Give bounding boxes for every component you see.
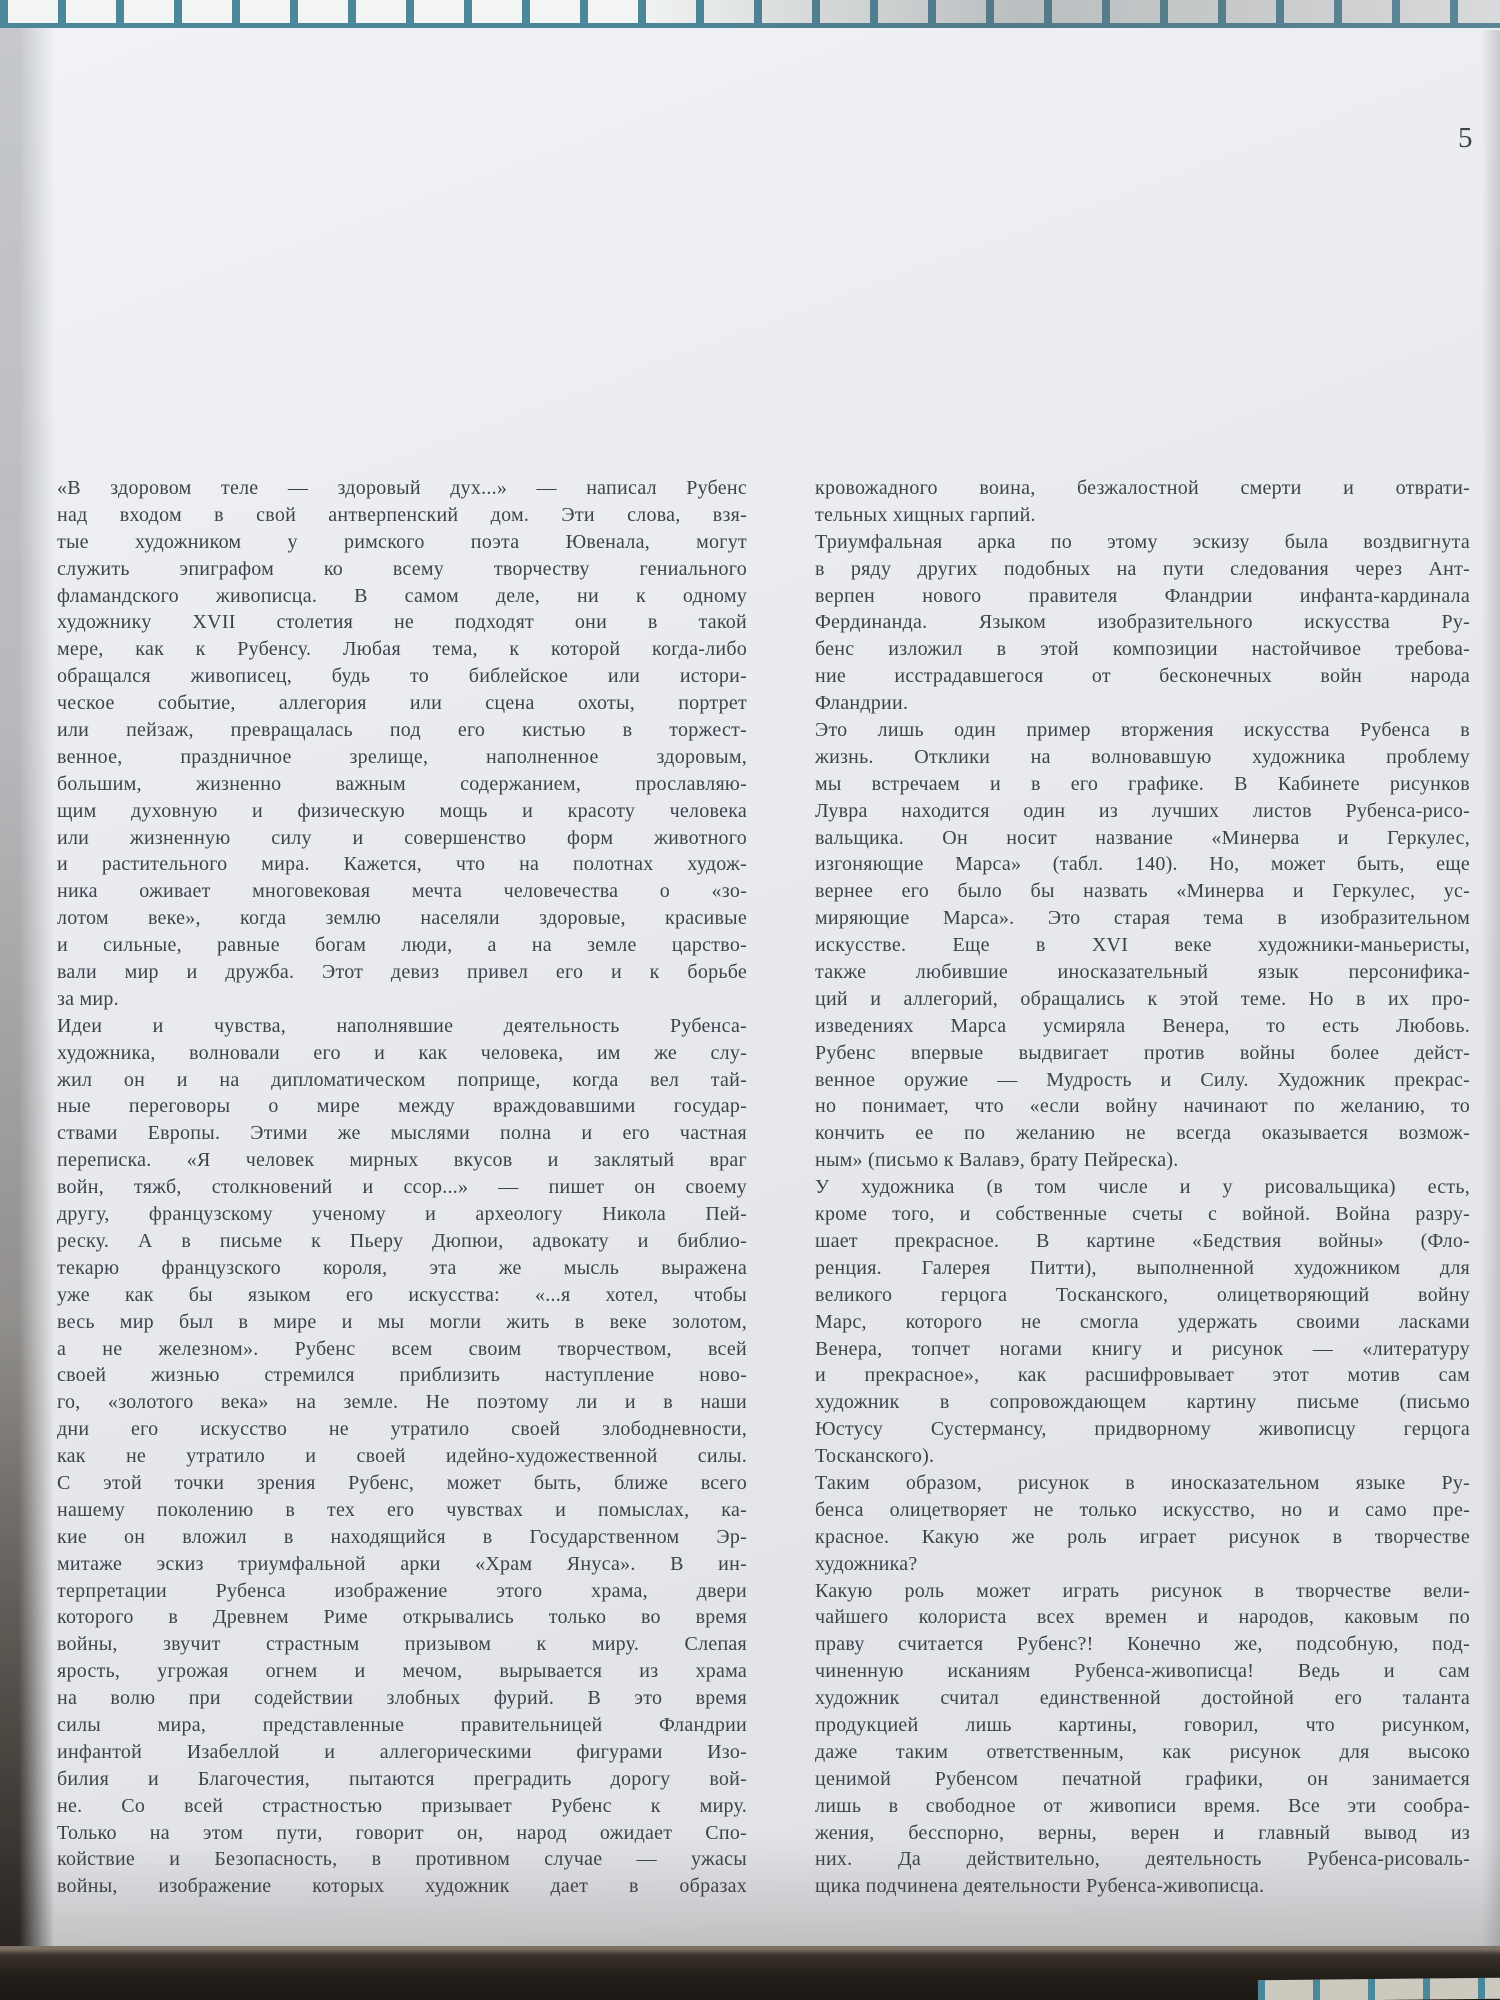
text-line: лишь в свободное от живописи время. Все …	[815, 1793, 1470, 1820]
text-line: переписка. «Я человек мирных вкусов и за…	[57, 1147, 747, 1174]
text-line: художник считал единственной достойной е…	[815, 1685, 1470, 1712]
text-line: над входом в свой антверпенский дом. Эти…	[57, 502, 747, 529]
text-line: служить эпиграфом ко всему творчеству ге…	[57, 556, 747, 583]
text-line: Фердинанда. Языком изобразительного иску…	[815, 609, 1470, 636]
text-line: кроме того, и собственные счеты с войной…	[815, 1201, 1470, 1228]
text-line: кие он вложил в находящийся в Государств…	[57, 1524, 747, 1551]
text-line: Рубенс впервые выдвигает против войны бо…	[815, 1040, 1470, 1067]
text-line: Венера, топчет ногами книгу и рисунок — …	[815, 1336, 1470, 1363]
text-line: У художника (в том числе и у рисовальщик…	[815, 1174, 1470, 1201]
text-line: лотом веке», когда землю населяли здоров…	[57, 905, 747, 932]
text-line: тельных хищных гарпий.	[815, 502, 1470, 529]
text-line: жил он и на дипломатическом поприще, ког…	[57, 1067, 747, 1094]
text-line: изгоняющие Марса» (табл. 140). Но, может…	[815, 851, 1470, 878]
text-line: терпретации Рубенса изображение этого хр…	[57, 1578, 747, 1605]
text-line: или пейзаж, превращалась под его кистью …	[57, 717, 747, 744]
text-line: вальщика. Он носит название «Минерва и Г…	[815, 825, 1470, 852]
text-line: и растительного мира. Кажется, что на по…	[57, 851, 747, 878]
text-line: митаже эскиз триумфальной арки «Храм Яну…	[57, 1551, 747, 1578]
text-line: другу, французскому ученому и археологу …	[57, 1201, 747, 1228]
text-line: реску. А в письме к Пьеру Дюпюи, адвокат…	[57, 1228, 747, 1255]
text-line: билия и Благочестия, пытаются преградить…	[57, 1766, 747, 1793]
text-line: и прекрасное», как расшифровывает этот м…	[815, 1362, 1470, 1389]
text-line: чайшего колориста всех времен и народов,…	[815, 1604, 1470, 1631]
text-column-left: «В здоровом теле — здоровый дух...» — на…	[57, 475, 747, 1900]
text-line: своей жизнью стремился приблизить наступ…	[57, 1362, 747, 1389]
text-line: дни его искусство не утратило своей злоб…	[57, 1416, 747, 1443]
text-line: фламандского живописца. В самом деле, ни…	[57, 583, 747, 610]
text-line: Лувра находится один из лучших листов Ру…	[815, 798, 1470, 825]
text-line: Триумфальная арка по этому эскизу была в…	[815, 529, 1470, 556]
text-line: красное. Какую же роль играет рисунок в …	[815, 1524, 1470, 1551]
text-line: продукцией лишь картины, говорил, что ри…	[815, 1712, 1470, 1739]
text-line: за мир.	[57, 986, 747, 1013]
text-line: Фландрии.	[815, 690, 1470, 717]
text-line: большим, жизненно важным содержанием, пр…	[57, 771, 747, 798]
text-line: нашему поколению в тех его чувствах и по…	[57, 1497, 747, 1524]
text-line: Тосканского).	[815, 1443, 1470, 1470]
text-line: художник в сопровождающем картину письме…	[815, 1389, 1470, 1416]
text-line: которого в Древнем Риме открывались толь…	[57, 1604, 747, 1631]
text-line: искусстве. Еще в XVI веке художники-мань…	[815, 932, 1470, 959]
text-line: щим духовную и физическую мощь и красоту…	[57, 798, 747, 825]
text-line: миряющие Марса». Это старая тема в изобр…	[815, 905, 1470, 932]
text-line: венное оружие — Мудрость и Силу. Художни…	[815, 1067, 1470, 1094]
text-line: ренция. Галерея Питти), выполненной худо…	[815, 1255, 1470, 1282]
text-line: ценимой Рубенсом печатной графики, он за…	[815, 1766, 1470, 1793]
text-line: на волю при содействии злобных фурий. В …	[57, 1685, 747, 1712]
text-line: инфантой Изабеллой и аллегорическими фиг…	[57, 1739, 747, 1766]
text-line: Какую роль может играть рисунок в творче…	[815, 1578, 1470, 1605]
text-line: ние исстрадавшегося от бесконечных войн …	[815, 663, 1470, 690]
page-bottom-shading	[0, 1835, 1500, 1950]
text-line: жизнь. Отклики на волновавшую художника …	[815, 744, 1470, 771]
photo-of-book-page: 5 «В здоровом теле — здоровый дух...» — …	[0, 0, 1500, 2000]
text-line: кровожадного воина, безжалостной смерти …	[815, 475, 1470, 502]
text-line: вали мир и дружба. Этот девиз привел его…	[57, 959, 747, 986]
text-line: весь мир был в мире и мы могли жить в ве…	[57, 1309, 747, 1336]
text-line: «В здоровом теле — здоровый дух...» — на…	[57, 475, 747, 502]
text-line: тые художником у римского поэта Ювенала,…	[57, 529, 747, 556]
text-line: Это лишь один пример вторжения искусства…	[815, 717, 1470, 744]
text-line: чиненную исканиям Рубенса-живописца! Вед…	[815, 1658, 1470, 1685]
text-line: текарю французского короля, эта же мысль…	[57, 1255, 747, 1282]
text-line: бенса олицетворяет не только искусство, …	[815, 1497, 1470, 1524]
text-line: ника оживает многовековая мечта человече…	[57, 878, 747, 905]
tablecloth-grid	[0, 0, 1500, 30]
text-line: ным» (письмо к Валавэ, брату Пейреска).	[815, 1147, 1470, 1174]
text-line: мы встречаем и в его графике. В Кабинете…	[815, 771, 1470, 798]
text-column-right: кровожадного воина, безжалостной смерти …	[815, 475, 1470, 1900]
text-line: войн, тяжб, столкновений и ссор...» — пи…	[57, 1174, 747, 1201]
text-line: художника, волновали его и как человека,…	[57, 1040, 747, 1067]
text-line: венное, праздничное зрелище, наполненное…	[57, 744, 747, 771]
text-line: ческое событие, аллегория или сцена охот…	[57, 690, 747, 717]
text-line: даже таким ответственным, как рисунок дл…	[815, 1739, 1470, 1766]
text-line: великого герцога Тосканского, олицетворя…	[815, 1282, 1470, 1309]
text-line: или жизненную силу и совершенство форм ж…	[57, 825, 747, 852]
text-line: бенс изложил в этой композиции настойчив…	[815, 636, 1470, 663]
text-line: не. Со всей страстностью призывает Рубен…	[57, 1793, 747, 1820]
text-line: ные переговоры о мире между враждовавшим…	[57, 1093, 747, 1120]
text-line: в ряду других подобных на пути следовани…	[815, 556, 1470, 583]
text-line: ярость, угрожая огнем и мечом, вырываетс…	[57, 1658, 747, 1685]
text-line: шает прекрасное. В картине «Бедствия вой…	[815, 1228, 1470, 1255]
text-line: го, «золотого века» на земле. Не поэтому…	[57, 1389, 747, 1416]
text-line: художнику XVII столетия не подходят они …	[57, 609, 747, 636]
text-line: праву считается Рубенс?! Конечно же, под…	[815, 1631, 1470, 1658]
text-line: как не утратило и своей идейно-художеств…	[57, 1443, 747, 1470]
book-page: 5 «В здоровом теле — здоровый дух...» — …	[0, 28, 1500, 1952]
page-left-edge-shadow	[0, 28, 54, 2000]
text-line: вернее его было бы назвать «Минерва и Ге…	[815, 878, 1470, 905]
text-line: уже как бы языком его искусства: «...я х…	[57, 1282, 747, 1309]
text-line: С этой точки зрения Рубенс, может быть, …	[57, 1470, 747, 1497]
text-line: Идеи и чувства, наполнявшие деятельность…	[57, 1013, 747, 1040]
text-line: верпен нового правителя Фландрии инфанта…	[815, 583, 1470, 610]
text-line: но понимает, что «если войну начинают по…	[815, 1093, 1470, 1120]
text-line: Юстусу Сустермансу, придворному живописц…	[815, 1416, 1470, 1443]
text-line: Таким образом, рисунок в иносказательном…	[815, 1470, 1470, 1497]
text-line: и сильные, равные богам люди, а на земле…	[57, 932, 747, 959]
text-line: силы мира, представленные правительницей…	[57, 1712, 747, 1739]
text-line: обращался живописец, будь то библейское …	[57, 663, 747, 690]
text-line: ствами Европы. Этими же мыслями полна и …	[57, 1120, 747, 1147]
page-right-edge-shading	[1482, 30, 1500, 1950]
text-line: Марс, которого не смогла удержать своими…	[815, 1309, 1470, 1336]
text-line: художника?	[815, 1551, 1470, 1578]
text-line: войны, звучит страстным призывом к миру.…	[57, 1631, 747, 1658]
text-line: также любившие иносказательный язык перс…	[815, 959, 1470, 986]
tablecloth-grid-corner	[1258, 1978, 1500, 2000]
text-line: мере, как к Рубенсу. Любая тема, к котор…	[57, 636, 747, 663]
text-line: ций и аллегорий, обращались к этой теме.…	[815, 986, 1470, 1013]
text-line: а не железном». Рубенс всем своим творче…	[57, 1336, 747, 1363]
text-line: кончить ее по желанию не всегда оказывае…	[815, 1120, 1470, 1147]
text-line: изведениях Марса усмиряла Венера, то ест…	[815, 1013, 1470, 1040]
